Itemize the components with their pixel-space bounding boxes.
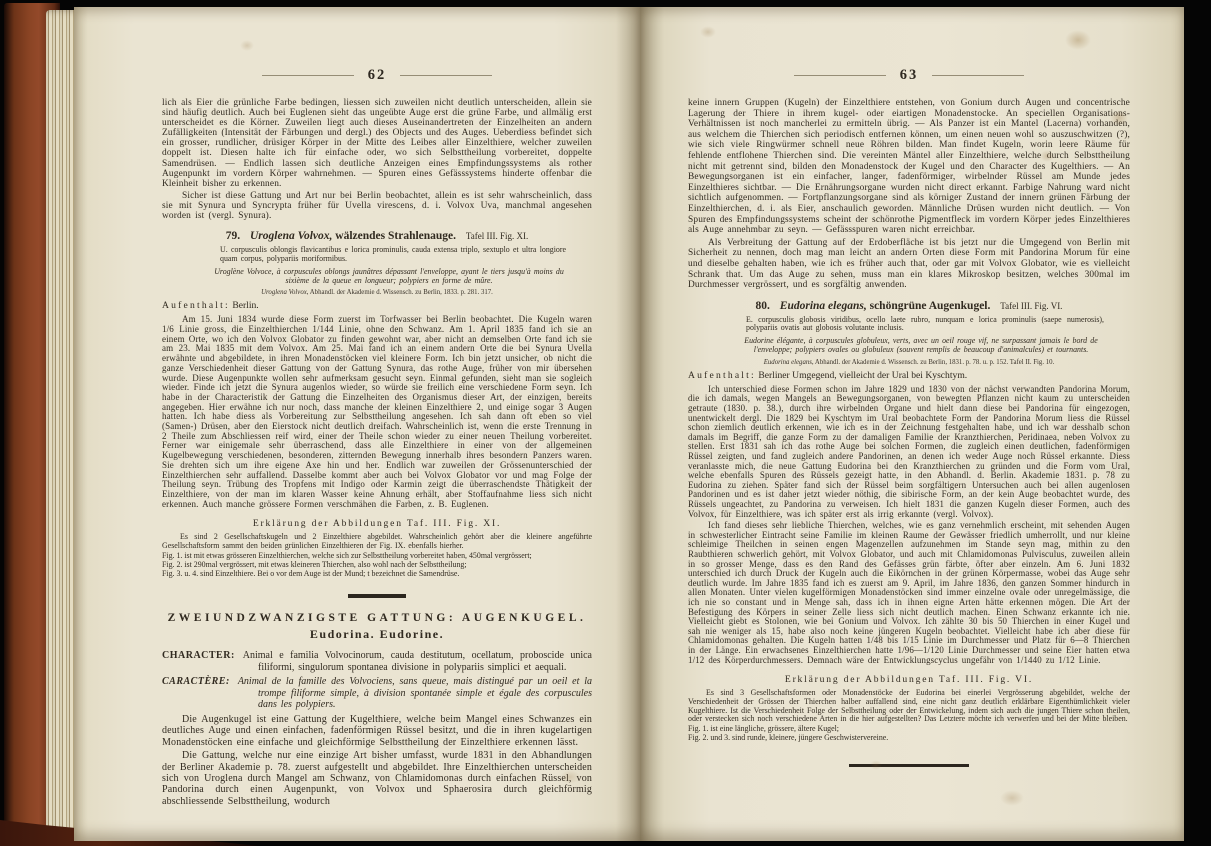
species-number: 79. [226,230,240,242]
page-63: 63 keine innern Gruppen (Kugeln) der Ein… [640,7,1184,841]
genus-description-1: Die Augenkugel ist eine Gattung der Kuge… [162,714,592,748]
latin-diagnosis: U. corpusculis oblongis flavicantibus e … [220,246,566,264]
citation-rest: , Abhandl. der Akademie d. Wissensch. zu… [307,289,493,296]
character-label: CHARACTER: [162,650,235,661]
paragraph-observations: Am 15. Juni 1834 wurde diese Form zuerst… [162,315,592,509]
paragraph-sicher: Sicher ist diese Gattung und Art nur bei… [162,191,592,221]
caractere-text: Animal de la famille des Volvociens, san… [238,676,592,710]
paragraph-observations: Ich fand dieses sehr liebliche Thierchen… [688,521,1130,665]
character-latin: CHARACTER:Animal e familia Volvocinorum,… [162,650,592,673]
habitat-label: Aufenthalt: [162,300,230,311]
french-diagnosis: Eudorine élégante, à corpuscules globule… [732,337,1110,355]
page-63-header: 63 [688,67,1130,84]
genus-description-2: Die Gattung, welche nur eine einzige Art… [162,750,592,807]
caractere-label: CARACTÈRE: [162,676,230,687]
species-heading-80: 80. Eudorina elegans, schöngrüne Augenku… [688,300,1130,312]
character-text: Animal e familia Volvocinorum, cauda des… [243,650,592,673]
figure-explanation-intro: Es sind 3 Gesellschaftsformen oder Monad… [688,689,1130,724]
figure-caption-2: Fig. 2. und 3. sind runde, kleinere, jün… [688,733,1130,742]
habitat-line: Aufenthalt: Berlin. [162,300,592,311]
header-rule-left [794,75,886,76]
habitat-line: Aufenthalt: Berliner Umgegend, vielleich… [688,370,1130,381]
habitat-value: Berliner Umgegend, vielleicht der Ural b… [758,370,967,381]
species-common-name: schöngrüne Augenkugel. [870,300,991,312]
literature-citation: Eudorina elegans, Abhandl. der Akademie … [688,359,1130,366]
genus-subheading: Eudorina. Eudorine. [162,627,592,642]
figure-caption-3: Fig. 3. u. 4. sind Einzelthiere. Bei o v… [162,569,592,578]
species-name: Eudorina elegans, [780,300,867,312]
citation-species: Uroglena Volvox [261,289,307,296]
figure-explanation-intro: Es sind 2 Gesellschaftskugeln und 2 Einz… [162,533,592,551]
species-common-name: wälzendes Strahlenauge. [335,230,456,242]
page-number: 62 [368,67,387,84]
section-divider-rule [348,594,406,598]
book-gutter-shadow [616,7,664,841]
header-rule-right [400,75,492,76]
end-rule [849,764,969,767]
species-number: 80. [756,300,770,312]
citation-rest: , Abhandl. der Akademie d. Wissensch. zu… [812,359,1054,366]
species-heading-79: 79. Uroglena Volvox, wälzendes Strahlena… [162,230,592,242]
header-rule-right [932,75,1024,76]
genus-heading: ZWEIUNDZWANZIGSTE GATTUNG: AUGENKUGEL. [162,612,592,624]
figure-caption-1: Fig. 1. ist eine längliche, grössere, äl… [688,724,1130,733]
page-62: 62 lich als Eier die grünliche Farbe bed… [74,7,640,841]
plate-reference: Tafel III. Fig. XI. [466,231,528,241]
paragraph-continuation: lich als Eier die grünliche Farbe beding… [162,98,592,189]
citation-species: Eudorina elegans [764,359,812,366]
paragraph-continuation: keine innern Gruppen (Kugeln) der Einzel… [688,98,1130,236]
figure-caption-1: Fig. 1. ist mit etwas grösseren Einzelth… [162,551,592,560]
habitat-label: Aufenthalt: [688,370,756,381]
page-63-text-column: 63 keine innern Gruppen (Kugeln) der Ein… [640,7,1184,767]
book-spread: 62 lich als Eier die grünliche Farbe bed… [0,0,1211,846]
habitat-value: Berlin. [232,300,258,311]
french-diagnosis: Uroglène Volvoce, à corpuscules oblongs … [206,268,572,286]
figure-explanation-heading: Erklärung der Abbildungen Taf. III. Fig.… [688,674,1130,685]
page-62-header: 62 [162,67,592,84]
paragraph-history: Ich unterschied diese Formen schon im Ja… [688,385,1130,519]
plate-reference: Tafel III. Fig. VI. [1000,301,1062,311]
figure-explanation-heading: Erklärung der Abbildungen Taf. III. Fig.… [162,518,592,529]
page-number: 63 [900,67,919,84]
character-french: CARACTÈRE:Animal de la famille des Volvo… [162,676,592,711]
page-62-text-column: 62 lich als Eier die grünliche Farbe bed… [74,7,640,807]
species-name: Uroglena Volvox, [250,230,332,242]
header-rule-left [262,75,354,76]
paragraph-distribution: Als Verbreitung der Gattung auf der Erdo… [688,238,1130,291]
latin-diagnosis: E. corpusculis globosis viridibus, ocell… [746,316,1104,334]
literature-citation: Uroglena Volvox, Abhandl. der Akademie d… [162,289,592,296]
figure-caption-2: Fig. 2. ist 290mal vergrössert, mit etwa… [162,560,592,569]
